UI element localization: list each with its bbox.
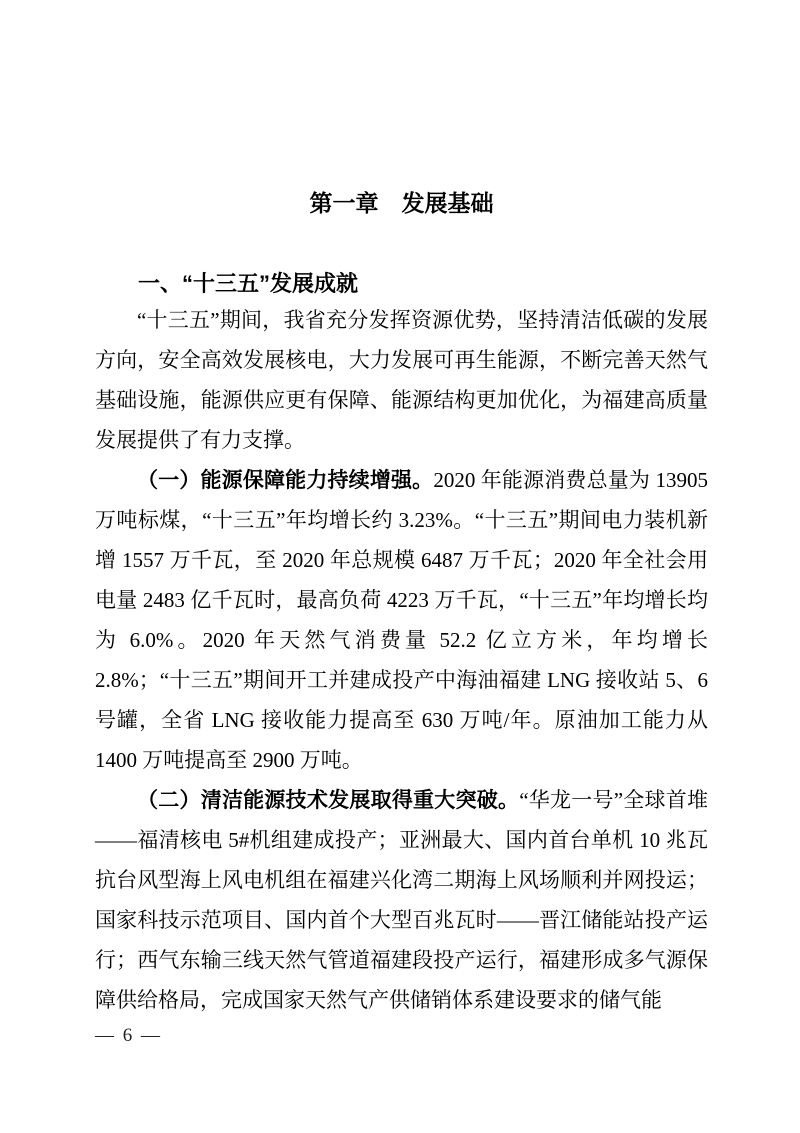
paragraph-text: 2020 年能源消费总量为 13905 万吨标煤，“十三五”年均增长约 3.23… — [95, 468, 708, 772]
page-number: — 6 — — [95, 1025, 162, 1047]
paragraph-intro: “十三五”期间，我省充分发挥资源优势，坚持清洁低碳的发展方向，安全高效发展核电，… — [95, 300, 708, 460]
paragraph-lead: （二）清洁能源技术发展取得重大突破。 — [137, 788, 519, 812]
section-heading: 一、“十三五”发展成就 — [138, 269, 358, 299]
body-text: “十三五”期间，我省充分发挥资源优势，坚持清洁低碳的发展方向，安全高效发展核电，… — [95, 300, 708, 1020]
paragraph-clean-energy-tech: （二）清洁能源技术发展取得重大突破。“华龙一号”全球首堆——福清核电 5#机组建… — [95, 780, 708, 1020]
chapter-title: 第一章 发展基础 — [95, 188, 708, 218]
document-page: 第一章 发展基础 一、“十三五”发展成就 “十三五”期间，我省充分发挥资源优势，… — [0, 0, 800, 1133]
paragraph-text: “华龙一号”全球首堆——福清核电 5#机组建成投产；亚洲最大、国内首台单机 10… — [95, 788, 708, 1012]
paragraph-lead: （一）能源保障能力持续增强。 — [137, 468, 433, 492]
paragraph-energy-security: （一）能源保障能力持续增强。2020 年能源消费总量为 13905 万吨标煤，“… — [95, 460, 708, 780]
paragraph-text: “十三五”期间，我省充分发挥资源优势，坚持清洁低碳的发展方向，安全高效发展核电，… — [95, 308, 708, 452]
